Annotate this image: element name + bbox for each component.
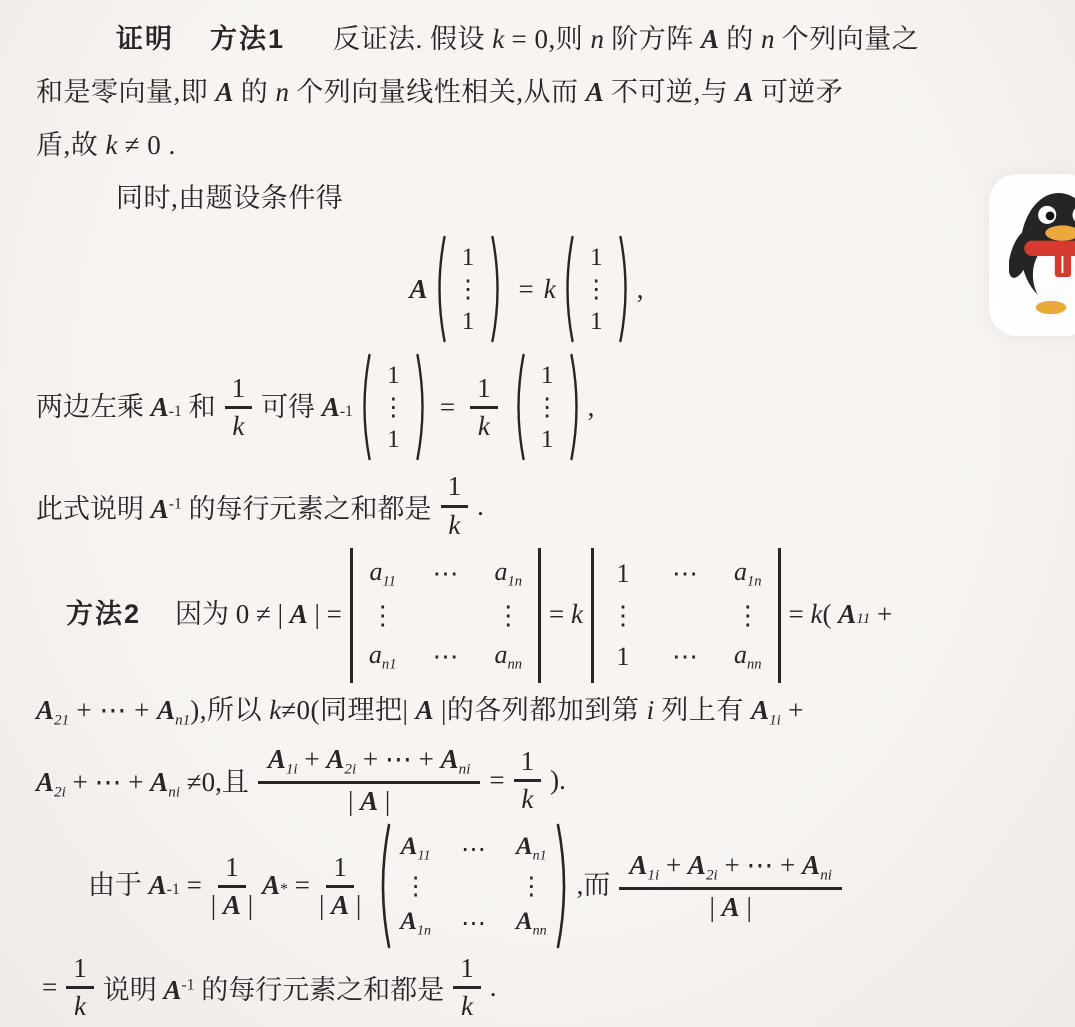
text-segment: a bbox=[369, 557, 382, 586]
text-segment: 方法1 bbox=[210, 24, 285, 54]
column-vector: 1 ⋮ 1 bbox=[357, 352, 430, 462]
text-segment: 的每行元素之和都是 bbox=[182, 494, 432, 524]
equation-text: 可得 A-1 bbox=[261, 391, 353, 425]
text-segment: -1 bbox=[340, 402, 353, 422]
det-cell: ⋮ bbox=[370, 602, 396, 629]
fraction-1-over-k: 1 k bbox=[453, 954, 481, 1021]
text-segment: ≠0(同理把| bbox=[281, 695, 415, 725]
equation-text: = bbox=[42, 972, 57, 1003]
equation-text: ,而 bbox=[577, 869, 611, 903]
textbook-page: 证明方法1反证法. 假设 k = 0,则 n 阶方阵 A 的 n 个列向量之 和… bbox=[0, 0, 1075, 1027]
det-cell: ⋯ bbox=[432, 643, 458, 670]
right-paren-icon bbox=[618, 234, 633, 344]
vector-entry: ⋮ bbox=[456, 277, 481, 302]
equation-text: . bbox=[490, 972, 497, 1003]
det-cell: 1 bbox=[616, 643, 629, 670]
text-segment: a bbox=[494, 640, 507, 669]
vector-entry: ⋮ bbox=[535, 395, 560, 420]
text-segment: 1 bbox=[616, 559, 629, 588]
method2-equation: 方法2因为 0 ≠ | A | = a11 ⋯ a1n ⋮ ⋮ an1 ⋯ an… bbox=[36, 548, 1047, 683]
denominator: k bbox=[478, 409, 490, 441]
fraction-1-over-k: 1 k bbox=[470, 374, 498, 441]
text-segment: A bbox=[401, 833, 418, 860]
det-cell: 1 bbox=[616, 560, 629, 587]
text-segment: + ⋯ + bbox=[66, 767, 150, 797]
text-segment: ⋯ bbox=[432, 642, 458, 671]
text-segment: a bbox=[734, 557, 747, 586]
text-segment: A bbox=[151, 391, 169, 425]
text-segment: k bbox=[492, 24, 504, 54]
text-segment: 个列向量线性相关,从而 bbox=[289, 77, 586, 107]
text-segment: 11 bbox=[382, 573, 395, 589]
matrix-cell: A1n bbox=[400, 909, 431, 938]
text-segment: A bbox=[701, 24, 719, 54]
text-segment: k bbox=[571, 598, 583, 632]
vector-entry: 1 bbox=[590, 309, 603, 334]
text-segment: 说明 bbox=[103, 975, 164, 1005]
text-segment: A bbox=[36, 695, 54, 725]
text-segment: A bbox=[150, 767, 168, 797]
text-segment: ni bbox=[168, 784, 180, 800]
text-segment: ),所以 bbox=[190, 695, 269, 725]
right-paren-icon bbox=[555, 822, 573, 950]
comma: , bbox=[588, 391, 595, 425]
fraction-1-over-k: 1 k bbox=[225, 374, 253, 441]
text-segment: n bbox=[591, 24, 605, 54]
text-segment: ⋮ bbox=[403, 873, 428, 900]
vector-entry: 1 bbox=[387, 427, 400, 452]
equation-text: 此式说明 A-1 的每行元素之和都是 bbox=[36, 487, 432, 526]
text-segment: A bbox=[722, 892, 740, 922]
matrix-cell: ⋮ bbox=[403, 874, 428, 899]
right-paren-icon bbox=[415, 352, 430, 462]
matrix-cell: ⋮ bbox=[519, 874, 544, 899]
text-segment: A bbox=[163, 975, 181, 1005]
text-segment: |的各列都加到第 bbox=[434, 695, 647, 725]
text-segment: nn bbox=[507, 656, 522, 672]
text-segment: + bbox=[781, 695, 804, 725]
fraction-sum-over-detA: A1i + A2i + ⋯ + Ani | A | bbox=[258, 745, 481, 816]
text-segment: 的 bbox=[719, 24, 761, 54]
equation-text: A2i + ⋯ + Ani ≠0,且 bbox=[36, 760, 249, 802]
det-cell: a11 bbox=[369, 558, 395, 590]
text-segment: ⋯ bbox=[461, 910, 486, 937]
text-segment: 阶方阵 bbox=[604, 24, 701, 54]
vector-entry: 1 bbox=[462, 309, 475, 334]
vector-entries: 1 ⋮ 1 bbox=[372, 363, 415, 452]
vector-entries: 1 ⋮ 1 bbox=[526, 363, 569, 452]
text-segment: A bbox=[322, 391, 340, 425]
det-cell: ⋮ bbox=[495, 602, 521, 629]
text-segment: | bbox=[740, 892, 752, 922]
matrix-cell: ⋯ bbox=[461, 911, 486, 936]
text-segment: 反证法. 假设 bbox=[333, 24, 492, 54]
text-segment: i bbox=[647, 695, 655, 725]
matrix-entries: A11 ⋯ An1 ⋮ ⋮ A1n ⋯ Ann bbox=[392, 830, 554, 942]
equals-sign: = bbox=[519, 273, 534, 307]
text-segment: 2i bbox=[54, 784, 66, 800]
denominator: | A | bbox=[338, 784, 400, 816]
text-segment: -1 bbox=[169, 495, 182, 512]
equation-text: = bbox=[489, 765, 504, 796]
denominator: | A | bbox=[319, 888, 361, 920]
text-segment: | bbox=[348, 786, 360, 816]
text-segment: = bbox=[489, 765, 504, 795]
denominator: k bbox=[448, 508, 460, 540]
text-segment: ( bbox=[823, 598, 839, 632]
text-segment: 1i bbox=[769, 712, 781, 728]
proof-line-6: A21 + ⋯ + An1),所以 k≠0(同理把| A |的各列都加到第 i … bbox=[36, 693, 1047, 731]
text-segment: A bbox=[736, 77, 754, 107]
text-segment: A bbox=[36, 767, 54, 797]
proof-line-7: A2i + ⋯ + Ani ≠0,且 A1i + A2i + ⋯ + Ani |… bbox=[36, 745, 1047, 816]
text-segment: ≠0,且 bbox=[180, 767, 249, 797]
det-cell: ann bbox=[494, 641, 522, 673]
text-segment: A bbox=[416, 695, 434, 725]
text-segment: 2i bbox=[706, 867, 718, 883]
text-segment: + bbox=[870, 598, 892, 632]
qq-penguin-widget[interactable] bbox=[989, 174, 1075, 336]
text-segment: A bbox=[629, 850, 647, 880]
text-segment: * bbox=[280, 880, 288, 900]
left-paren-icon bbox=[357, 352, 372, 462]
text-segment: 1 bbox=[616, 642, 629, 671]
equation-text: ). bbox=[550, 765, 566, 796]
text-segment: n1 bbox=[175, 712, 190, 728]
numerator: 1 bbox=[441, 472, 469, 507]
proof-line-1: 证明方法1反证法. 假设 k = 0,则 n 阶方阵 A 的 n 个列向量之 bbox=[36, 22, 1047, 57]
text-segment: -1 bbox=[182, 977, 195, 994]
text-segment: n bbox=[761, 24, 775, 54]
adjugate-matrix: A11 ⋯ An1 ⋮ ⋮ A1n ⋯ Ann bbox=[374, 822, 572, 950]
text-segment: k bbox=[811, 598, 823, 632]
text-segment: A bbox=[360, 786, 378, 816]
text-segment: . bbox=[477, 491, 484, 521]
text-segment: | bbox=[319, 890, 331, 920]
text-segment: | bbox=[241, 890, 253, 920]
text-segment: A bbox=[268, 744, 286, 774]
text-segment: A bbox=[157, 695, 175, 725]
numerator: 1 bbox=[453, 954, 481, 989]
left-paren-icon bbox=[511, 352, 526, 462]
equation-text: 两边左乘 A-1 和 bbox=[36, 391, 216, 425]
text-segment: 列上有 bbox=[654, 695, 751, 725]
denominator: k bbox=[461, 989, 473, 1021]
text-segment: A bbox=[838, 598, 856, 632]
proof-line-4: 同时,由题设条件得 bbox=[36, 181, 1047, 216]
vector-entry: ⋮ bbox=[584, 277, 609, 302]
text-segment: ,而 bbox=[577, 869, 611, 903]
text-segment: A bbox=[688, 850, 706, 880]
matrix-cell: An1 bbox=[516, 834, 547, 863]
numerator: A1i + A2i + ⋯ + Ani bbox=[258, 745, 481, 784]
denominator: k bbox=[521, 782, 533, 814]
text-segment: 证明 bbox=[116, 24, 174, 54]
vector-entries: 1 ⋮ 1 bbox=[575, 245, 618, 334]
fraction-1-over-k: 1 k bbox=[66, 954, 94, 1021]
text-segment: A bbox=[331, 890, 349, 920]
vector-entry: 1 bbox=[541, 427, 554, 452]
proof-content: 证明方法1反证法. 假设 k = 0,则 n 阶方阵 A 的 n 个列向量之 和… bbox=[0, 0, 1075, 1022]
text-segment: | bbox=[349, 890, 361, 920]
det-cell: an1 bbox=[369, 641, 397, 673]
denominator: | A | bbox=[211, 888, 253, 920]
text-segment: ⋯ bbox=[672, 559, 698, 588]
text-segment: 不可逆,与 bbox=[604, 77, 736, 107]
text-segment: | bbox=[710, 892, 722, 922]
text-segment: A bbox=[802, 850, 820, 880]
text-segment: | bbox=[211, 890, 223, 920]
text-segment: 可逆矛 bbox=[754, 77, 844, 107]
text-segment: 1n bbox=[747, 573, 762, 589]
text-segment: | bbox=[378, 786, 390, 816]
text-segment: + ⋯ + bbox=[69, 695, 157, 725]
display-equation-1: A 1 ⋮ 1 = k 1 ⋮ 1 , bbox=[6, 234, 1047, 344]
text-segment: A bbox=[149, 869, 167, 903]
equation-text: 方法2因为 0 ≠ | A | = bbox=[66, 598, 342, 632]
equation-text: 由于 A-1 = bbox=[88, 869, 202, 903]
numerator: A1i + A2i + ⋯ + Ani bbox=[619, 851, 842, 890]
text-segment: + ⋯ + bbox=[356, 744, 440, 774]
display-equation-2: 两边左乘 A-1 和 1 k 可得 A-1 1 ⋮ 1 = 1 k bbox=[36, 352, 1047, 462]
denominator: | A | bbox=[700, 890, 762, 922]
text-segment: 和 bbox=[182, 391, 216, 425]
method2-inverse-equation: 由于 A-1 = 1 | A | A* = 1 | A | A11 ⋯ An1 … bbox=[36, 822, 1047, 950]
vector-entry: ⋮ bbox=[381, 395, 406, 420]
matrix-cell: Ann bbox=[516, 909, 547, 938]
text-segment: A bbox=[216, 77, 234, 107]
left-paren-icon bbox=[560, 234, 575, 344]
text-segment: A bbox=[751, 695, 769, 725]
vector-entries: 1 ⋮ 1 bbox=[447, 245, 490, 334]
text-segment: a bbox=[369, 640, 382, 669]
determinant-b: 1 ⋯ a1n ⋮ ⋮ 1 ⋯ ann bbox=[591, 548, 781, 683]
text-segment: + bbox=[659, 850, 688, 880]
text-segment: A bbox=[586, 77, 604, 107]
text-segment: = bbox=[789, 598, 811, 632]
left-paren-icon bbox=[374, 822, 392, 950]
text-segment: A bbox=[400, 908, 417, 935]
numerator: 1 bbox=[66, 954, 94, 989]
left-paren-icon bbox=[432, 234, 447, 344]
text-segment: ⋮ bbox=[519, 873, 544, 900]
text-segment: -1 bbox=[167, 880, 180, 900]
fraction-1-over-k: 1 k bbox=[514, 747, 542, 814]
text-segment: + bbox=[298, 744, 327, 774]
text-segment: A bbox=[516, 908, 533, 935]
text-segment: = bbox=[180, 869, 202, 903]
text-segment: 两边左乘 bbox=[36, 391, 151, 425]
text-segment: . bbox=[490, 972, 497, 1002]
text-segment: n bbox=[276, 77, 290, 107]
fraction-sum-over-detA: A1i + A2i + ⋯ + Ani | A | bbox=[619, 851, 842, 922]
text-segment: A bbox=[516, 833, 533, 860]
comma: , bbox=[637, 273, 644, 307]
text-segment: A bbox=[223, 890, 241, 920]
text-segment: 盾,故 bbox=[36, 130, 106, 160]
column-vector: 1 ⋮ 1 bbox=[511, 352, 584, 462]
text-segment: 此式说明 bbox=[36, 494, 151, 524]
text-segment: 方法2 bbox=[66, 598, 141, 632]
text-segment: | = bbox=[308, 598, 342, 632]
penguin-icon bbox=[1009, 184, 1075, 326]
text-segment: a bbox=[494, 557, 507, 586]
numerator: 1 bbox=[514, 747, 542, 782]
text-segment: A bbox=[262, 869, 280, 903]
text-segment: 可得 bbox=[261, 391, 322, 425]
text-segment: ⋮ bbox=[610, 601, 636, 630]
text-segment: 由于 bbox=[88, 869, 149, 903]
determinant-a: a11 ⋯ a1n ⋮ ⋮ an1 ⋯ ann bbox=[350, 548, 541, 683]
numerator: 1 bbox=[225, 374, 253, 409]
text-segment: 和是零向量,即 bbox=[36, 77, 216, 107]
det-cell: a1n bbox=[734, 558, 762, 590]
text-segment: = bbox=[288, 869, 310, 903]
equation-text: . bbox=[477, 491, 484, 522]
text-segment: ⋮ bbox=[370, 601, 396, 630]
numerator: 1 bbox=[218, 853, 246, 888]
denominator: k bbox=[232, 409, 244, 441]
text-segment: k bbox=[106, 130, 118, 160]
text-segment: 因为 0 ≠ | bbox=[175, 598, 290, 632]
vector-entry: 1 bbox=[387, 363, 400, 388]
equation-text: = k( A11 + bbox=[789, 598, 893, 632]
text-segment: 2i bbox=[344, 762, 356, 778]
denominator: k bbox=[74, 989, 86, 1021]
column-vector: 1 ⋮ 1 bbox=[432, 234, 505, 344]
text-segment: + ⋯ + bbox=[718, 850, 802, 880]
text-segment: A bbox=[441, 744, 459, 774]
text-segment: a bbox=[734, 640, 747, 669]
text-segment: 1n bbox=[507, 573, 522, 589]
fraction-1-over-detA: 1 | A | bbox=[319, 853, 361, 920]
k-symbol: k bbox=[544, 273, 556, 307]
det-cell: ⋯ bbox=[672, 643, 698, 670]
text-segment: 11 bbox=[417, 849, 430, 864]
numerator: 1 bbox=[470, 374, 498, 409]
proof-line-5: 此式说明 A-1 的每行元素之和都是 1 k . bbox=[36, 472, 1047, 539]
text-segment: A bbox=[326, 744, 344, 774]
text-segment: n1 bbox=[533, 849, 547, 864]
text-segment: ≠ 0 . bbox=[117, 130, 175, 160]
text-segment: 1i bbox=[286, 762, 298, 778]
text-segment: ⋯ bbox=[672, 642, 698, 671]
fraction-1-over-k: 1 k bbox=[441, 472, 469, 539]
text-segment: 1i bbox=[647, 867, 659, 883]
text-segment: = bbox=[549, 598, 571, 632]
text-segment: 的每行元素之和都是 bbox=[195, 975, 445, 1005]
right-paren-icon bbox=[569, 352, 584, 462]
text-segment: ). bbox=[550, 765, 566, 795]
vector-entry: 1 bbox=[541, 363, 554, 388]
text-segment: = 0,则 bbox=[504, 24, 590, 54]
text-segment: -1 bbox=[169, 402, 182, 422]
text-segment: ⋮ bbox=[495, 601, 521, 630]
text-segment: = bbox=[42, 972, 57, 1002]
text-segment: 同时,由题设条件得 bbox=[116, 183, 343, 213]
det-cell: ⋮ bbox=[610, 602, 636, 629]
equation-text: 说明 A-1 的每行元素之和都是 bbox=[103, 968, 445, 1007]
text-segment: 的 bbox=[234, 77, 276, 107]
column-vector: 1 ⋮ 1 bbox=[560, 234, 633, 344]
text-segment: k bbox=[269, 695, 281, 725]
fraction-1-over-detA: 1 | A | bbox=[211, 853, 253, 920]
text-segment: ⋯ bbox=[432, 559, 458, 588]
right-paren-icon bbox=[490, 234, 505, 344]
text-segment: ⋯ bbox=[461, 836, 486, 863]
det-cell: ⋯ bbox=[432, 560, 458, 587]
text-segment: A bbox=[151, 494, 169, 524]
matrix-cell: ⋯ bbox=[461, 837, 486, 862]
proof-line-2: 和是零向量,即 A 的 n 个列向量线性相关,从而 A 不可逆,与 A 可逆矛 bbox=[36, 75, 1047, 110]
text-segment: ⋮ bbox=[735, 601, 761, 630]
text-segment: n1 bbox=[382, 656, 397, 672]
text-segment: 个列向量之 bbox=[775, 24, 920, 54]
text-segment: 11 bbox=[856, 610, 870, 629]
proof-line-8: = 1 k 说明 A-1 的每行元素之和都是 1 k . bbox=[36, 954, 1047, 1021]
text-segment: nn bbox=[747, 656, 762, 672]
text-segment: ni bbox=[459, 762, 471, 778]
text-segment: 21 bbox=[54, 712, 69, 728]
equation-text: A* = bbox=[262, 869, 310, 903]
det-cell: ⋮ bbox=[735, 602, 761, 629]
vector-entry: 1 bbox=[590, 245, 603, 270]
det-cell: ⋯ bbox=[672, 560, 698, 587]
text-segment: ni bbox=[820, 867, 832, 883]
numerator: 1 bbox=[326, 853, 354, 888]
text-segment: 1n bbox=[417, 923, 431, 938]
text-segment: A bbox=[290, 598, 308, 632]
matrix-cell: A11 bbox=[401, 834, 431, 863]
equals-sign: = bbox=[440, 391, 455, 425]
equation-text: = k bbox=[549, 598, 583, 632]
det-cell: a1n bbox=[494, 558, 522, 590]
matrix-A-symbol: A bbox=[410, 273, 428, 307]
text-segment: nn bbox=[533, 923, 547, 938]
vector-entry: 1 bbox=[462, 245, 475, 270]
det-cell: ann bbox=[734, 641, 762, 673]
proof-line-3: 盾,故 k ≠ 0 . bbox=[36, 128, 1047, 163]
